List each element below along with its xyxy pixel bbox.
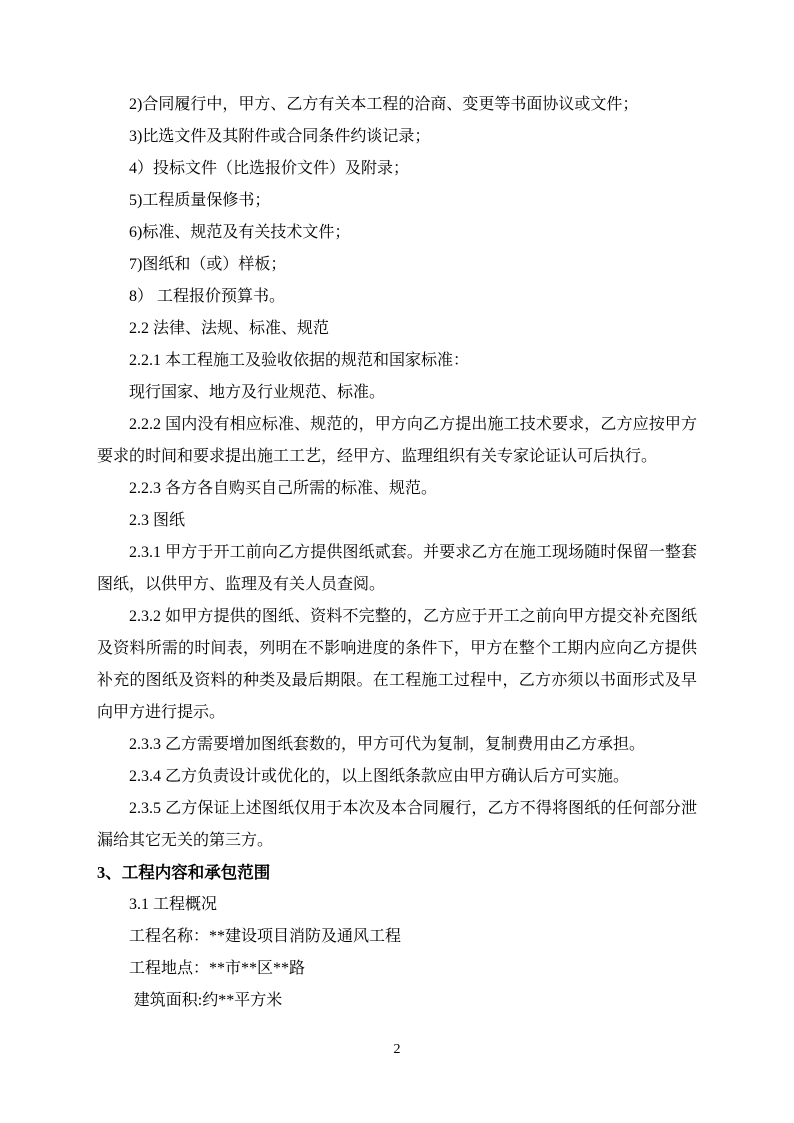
page-footer: 2 — [0, 1040, 794, 1058]
paragraph-list-item-6: 6)标准、规范及有关技术文件； — [97, 217, 697, 249]
paragraph-list-item-5: 5)工程质量保修书； — [97, 185, 697, 217]
paragraph-section-2-3-4: 2.3.4 乙方负责设计或优化的，以上图纸条款应由甲方确认后方可实施。 — [97, 761, 697, 793]
paragraph-list-item-3: 3)比选文件及其附件或合同条件约谈记录； — [97, 121, 697, 153]
paragraph-list-item-7: 7)图纸和（或）样板； — [97, 249, 697, 281]
paragraph-list-item-4: 4）投标文件（比选报价文件）及附录； — [97, 153, 697, 185]
paragraph-list-item-8: 8） 工程报价预算书。 — [97, 281, 697, 313]
paragraph-section-2-2: 2.2 法律、法规、标准、规范 — [97, 313, 697, 345]
paragraph-project-name: 工程名称：**建设项目消防及通风工程 — [97, 921, 697, 953]
paragraph-section-2-3-1: 2.3.1 甲方于开工前向乙方提供图纸贰套。并要求乙方在施工现场随时保留一整套图… — [97, 537, 697, 601]
paragraph-section-2-3-2: 2.3.2 如甲方提供的图纸、资料不完整的，乙方应于开工之前向甲方提交补充图纸及… — [97, 601, 697, 729]
paragraph-section-3-1: 3.1 工程概况 — [97, 889, 697, 921]
paragraph-section-2-2-1: 2.2.1 本工程施工及验收依据的规范和国家标准： — [97, 345, 697, 377]
paragraph-section-2-2-2: 2.2.2 国内没有相应标准、规范的，甲方向乙方提出施工技术要求，乙方应按甲方要… — [97, 409, 697, 473]
section-heading-3: 3、工程内容和承包范围 — [97, 857, 697, 889]
document-body: 2)合同履行中，甲方、乙方有关本工程的洽商、变更等书面协议或文件； 3)比选文件… — [97, 89, 697, 1017]
paragraph-section-2-3: 2.3 图纸 — [97, 505, 697, 537]
paragraph-section-2-3-5: 2.3.5 乙方保证上述图纸仅用于本次及本合同履行，乙方不得将图纸的任何部分泄漏… — [97, 793, 697, 857]
paragraph-project-location: 工程地点：**市**区**路 — [97, 953, 697, 985]
paragraph-list-item-2: 2)合同履行中，甲方、乙方有关本工程的洽商、变更等书面协议或文件； — [97, 89, 697, 121]
page-number: 2 — [394, 1042, 401, 1057]
paragraph-current-standards: 现行国家、地方及行业规范、标准。 — [97, 377, 697, 409]
paragraph-building-area: 建筑面积:约**平方米 — [97, 985, 697, 1017]
paragraph-section-2-2-3: 2.2.3 各方各自购买自己所需的标准、规范。 — [97, 473, 697, 505]
paragraph-section-2-3-3: 2.3.3 乙方需要增加图纸套数的，甲方可代为复制，复制费用由乙方承担。 — [97, 729, 697, 761]
document-page: 2)合同履行中，甲方、乙方有关本工程的洽商、变更等书面协议或文件； 3)比选文件… — [0, 0, 794, 1123]
